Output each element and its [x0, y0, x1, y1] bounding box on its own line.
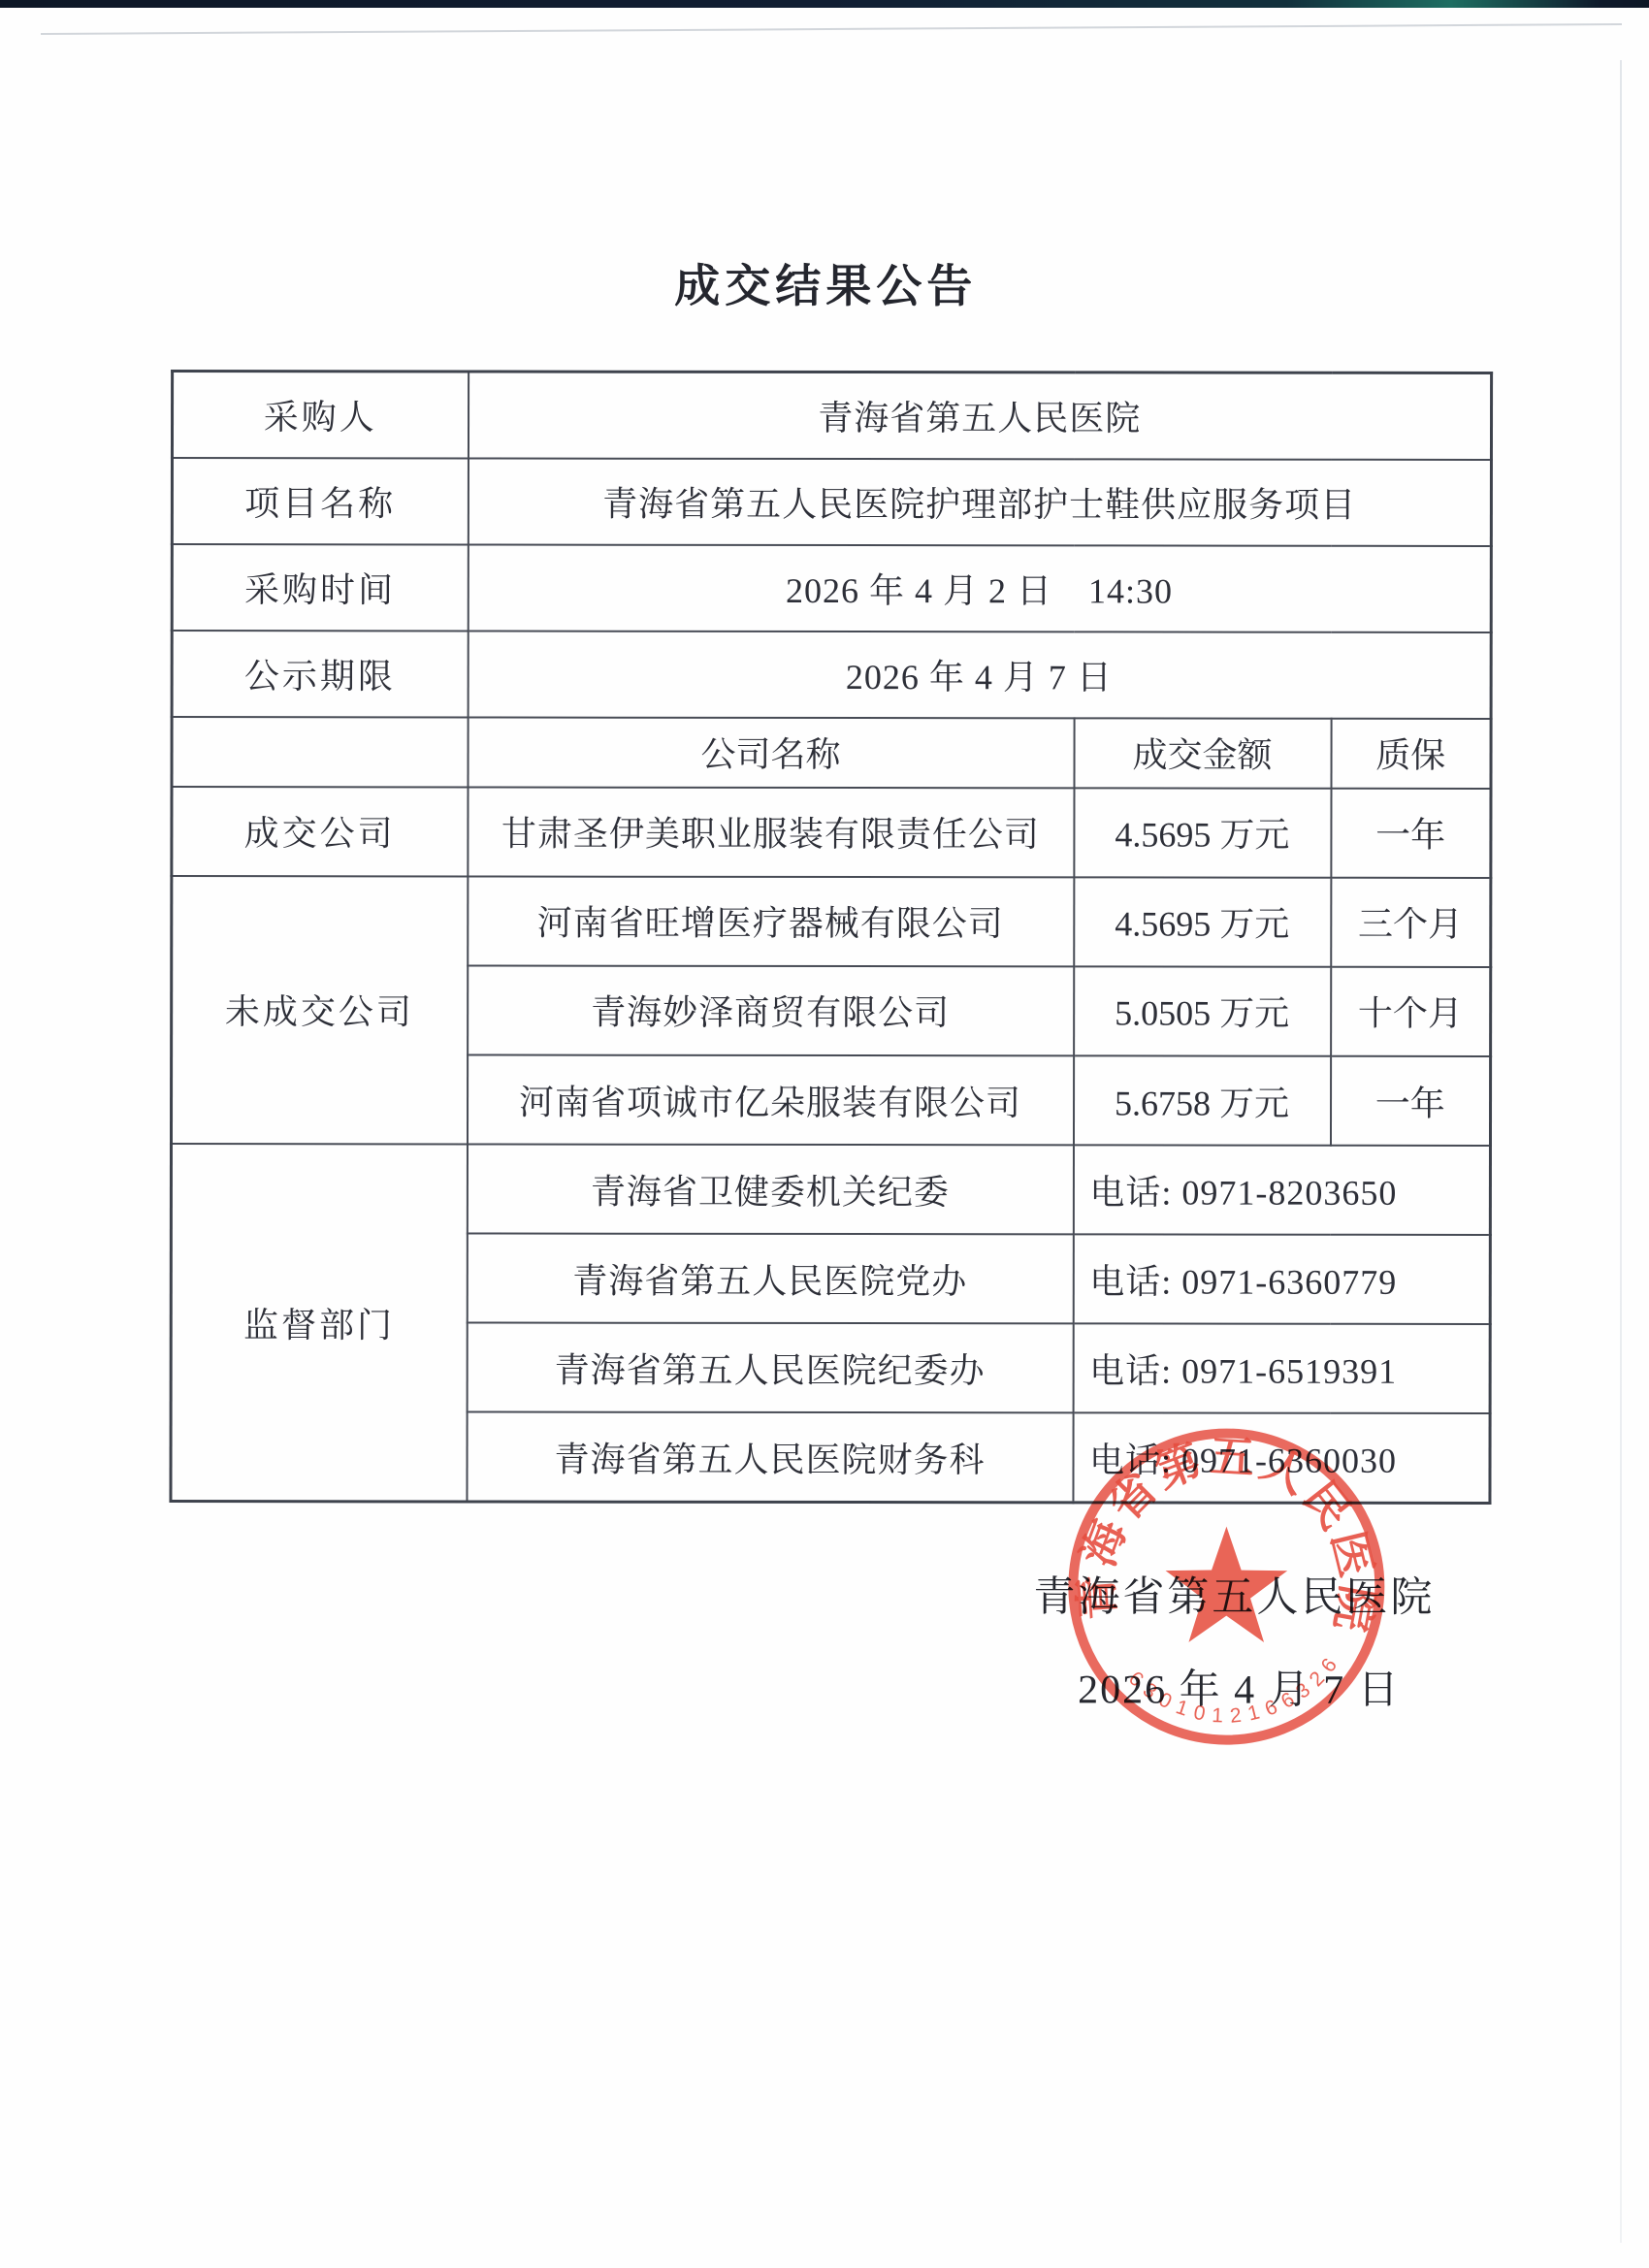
row-label-supervision: 监督部门 [171, 1144, 468, 1502]
row-label: 成交公司 [172, 787, 468, 877]
header-amount: 成交金额 [1074, 718, 1331, 788]
loser-warranty: 十个月 [1331, 967, 1491, 1056]
signature-org: 青海省第五人民医院 [1033, 1564, 1435, 1624]
row-label: 项目名称 [172, 458, 468, 544]
row-label: 公示期限 [172, 631, 468, 717]
table-row-publicity-period: 公示期限 2026 年 4 月 7 日 [172, 631, 1491, 719]
loser-amount: 5.6758 万元 [1073, 1055, 1330, 1145]
row-value: 2026 年 4 月 2 日 14:30 [468, 544, 1491, 632]
loser-amount: 4.5695 万元 [1074, 877, 1331, 966]
loser-amount: 5.0505 万元 [1074, 966, 1331, 1055]
table-row-loser-1: 未成交公司 河南省旺增医疗器械有限公司 4.5695 万元 三个月 [172, 876, 1491, 967]
header-company: 公司名称 [468, 717, 1074, 788]
winner-warranty: 一年 [1331, 789, 1491, 878]
supervisor-phone: 电话: 0971-8203650 [1073, 1145, 1490, 1235]
row-value: 2026 年 4 月 7 日 [468, 631, 1491, 719]
supervisor-phone: 电话: 0971-6360779 [1073, 1235, 1490, 1325]
table-row-supervisor-1: 监督部门 青海省卫健委机关纪委 电话: 0971-8203650 [171, 1144, 1490, 1235]
loser-company: 河南省旺增医疗器械有限公司 [468, 876, 1074, 966]
table-row-purchase-time: 采购时间 2026 年 4 月 2 日 14:30 [172, 544, 1491, 632]
table-row-winner: 成交公司 甘肃圣伊美职业服装有限责任公司 4.5695 万元 一年 [172, 787, 1491, 878]
supervisor-phone: 电话: 0971-6519391 [1073, 1324, 1490, 1414]
supervisor-phone: 电话: 0971-6360030 [1073, 1413, 1490, 1504]
loser-warranty: 一年 [1330, 1056, 1490, 1146]
result-table: 采购人 青海省第五人民医院 项目名称 青海省第五人民医院护理部护士鞋供应服务项目… [169, 370, 1493, 1505]
winner-amount: 4.5695 万元 [1074, 788, 1331, 877]
row-label: 采购人 [172, 372, 468, 458]
loser-company: 河南省项诚市亿朵服装有限公司 [467, 1055, 1073, 1146]
supervisor-department: 青海省第五人民医院财务科 [467, 1412, 1073, 1503]
header-warranty: 质保 [1331, 718, 1491, 788]
table-row-purchaser: 采购人 青海省第五人民医院 [172, 372, 1491, 460]
table-row-project-name: 项目名称 青海省第五人民医院护理部护士鞋供应服务项目 [172, 458, 1491, 546]
row-label: 采购时间 [172, 544, 468, 631]
supervisor-department: 青海省第五人民医院纪委办 [467, 1323, 1073, 1413]
loser-warranty: 三个月 [1331, 878, 1491, 967]
page-title: 成交结果公告 [1, 249, 1649, 316]
scanned-document-page: 成交结果公告 采购人 青海省第五人民医院 项目名称 青海省第五人民医院护理部护士… [0, 0, 1649, 2268]
header-empty-cell [172, 717, 468, 787]
loser-company: 青海妙泽商贸有限公司 [468, 965, 1074, 1055]
row-value: 青海省第五人民医院护理部护士鞋供应服务项目 [468, 458, 1491, 546]
supervisor-department: 青海省第五人民医院党办 [467, 1234, 1073, 1324]
document-content: 成交结果公告 采购人 青海省第五人民医院 项目名称 青海省第五人民医院护理部护士… [0, 0, 1649, 2268]
signature-date: 2026 年 4 月 7 日 [1078, 1657, 1401, 1715]
row-value: 青海省第五人民医院 [468, 372, 1491, 460]
table-header-row: 公司名称 成交金额 质保 [172, 717, 1491, 789]
winner-company: 甘肃圣伊美职业服装有限责任公司 [468, 787, 1074, 877]
supervisor-department: 青海省卫健委机关纪委 [467, 1145, 1073, 1235]
row-label-losers: 未成交公司 [171, 876, 467, 1145]
